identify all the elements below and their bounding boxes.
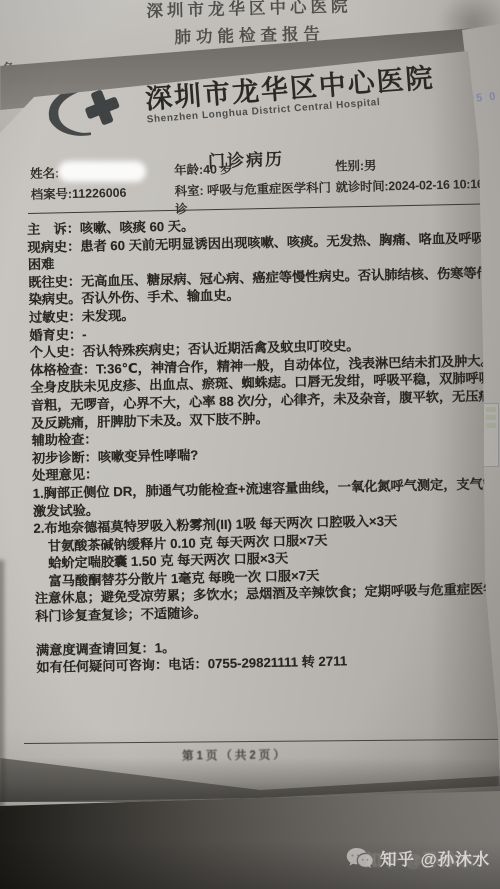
field-text: T:36℃，神清合作，精神一般，自动体位，浅表淋巴结未扪及肿大。全身皮肤未见皮疹… (30, 353, 493, 430)
name-privacy-blur (58, 161, 146, 182)
field-label: 初步诊断： (32, 449, 98, 465)
patient-age-field: 年龄:40 岁 (174, 157, 335, 179)
field-text: - (82, 326, 87, 341)
field-label: 个人史： (30, 344, 83, 360)
left-edge-shadow (0, 560, 4, 810)
field-text: 未发现。 (82, 308, 135, 324)
chat-bubbles-icon (346, 847, 373, 870)
field-text: 咳嗽、咳痰 60 天。 (80, 219, 195, 236)
field-label: 既往史： (28, 274, 81, 290)
field-label: 婚育史： (29, 326, 82, 342)
patient-visit-time-field: 就诊时间:2024-02-16 10:16 (335, 174, 495, 214)
watermark-text: 知乎 @孙沐水 (380, 846, 490, 870)
field-text: 咳嗽变异性哮喘? (98, 447, 199, 464)
field-label: 处理意见： (32, 467, 98, 483)
bleed-through-box (483, 403, 499, 467)
footer-divider (24, 739, 498, 744)
field-label: 现病史： (27, 238, 80, 254)
photo-of-medical-record: 深圳市龙华区中心医院 肺功能检查报告 名： 王文涛 住院号： 号/床号 95 0 (0, 0, 500, 889)
field-label: 过敏史： (29, 309, 82, 325)
patient-dept-field: 科室: 呼吸与危重症医学科门诊 (174, 178, 336, 218)
patient-fileno-field: 档案号:11226006 (31, 181, 176, 221)
record-body: 主 诉：咳嗽、咳痰 60 天。 现病史：患者 60 天前无明显诱因出现咳嗽、咳痰… (27, 211, 500, 677)
outpatient-record-paper: 深圳市龙华区中心医院 Shenzhen Longhua District Cen… (0, 0, 500, 889)
field-label: 体格检查： (30, 361, 96, 377)
record-paragraph-physical-exam: 体格检查：T:36℃，神清合作，精神一般，自动体位，浅表淋巴结未扪及肿大。全身皮… (30, 352, 497, 432)
field-label: 辅助检查： (31, 432, 97, 448)
watermark: 知乎 @孙沐水 (346, 846, 490, 870)
patient-sex-field: 性别:男 (335, 153, 494, 175)
field-label: 主 诉： (27, 221, 80, 237)
prescription-list: 甘氨酸茶碱钠缓释片 0.10 克 每天两次 口服×7天 蛤蚧定喘胶囊 1.50 … (34, 528, 500, 591)
